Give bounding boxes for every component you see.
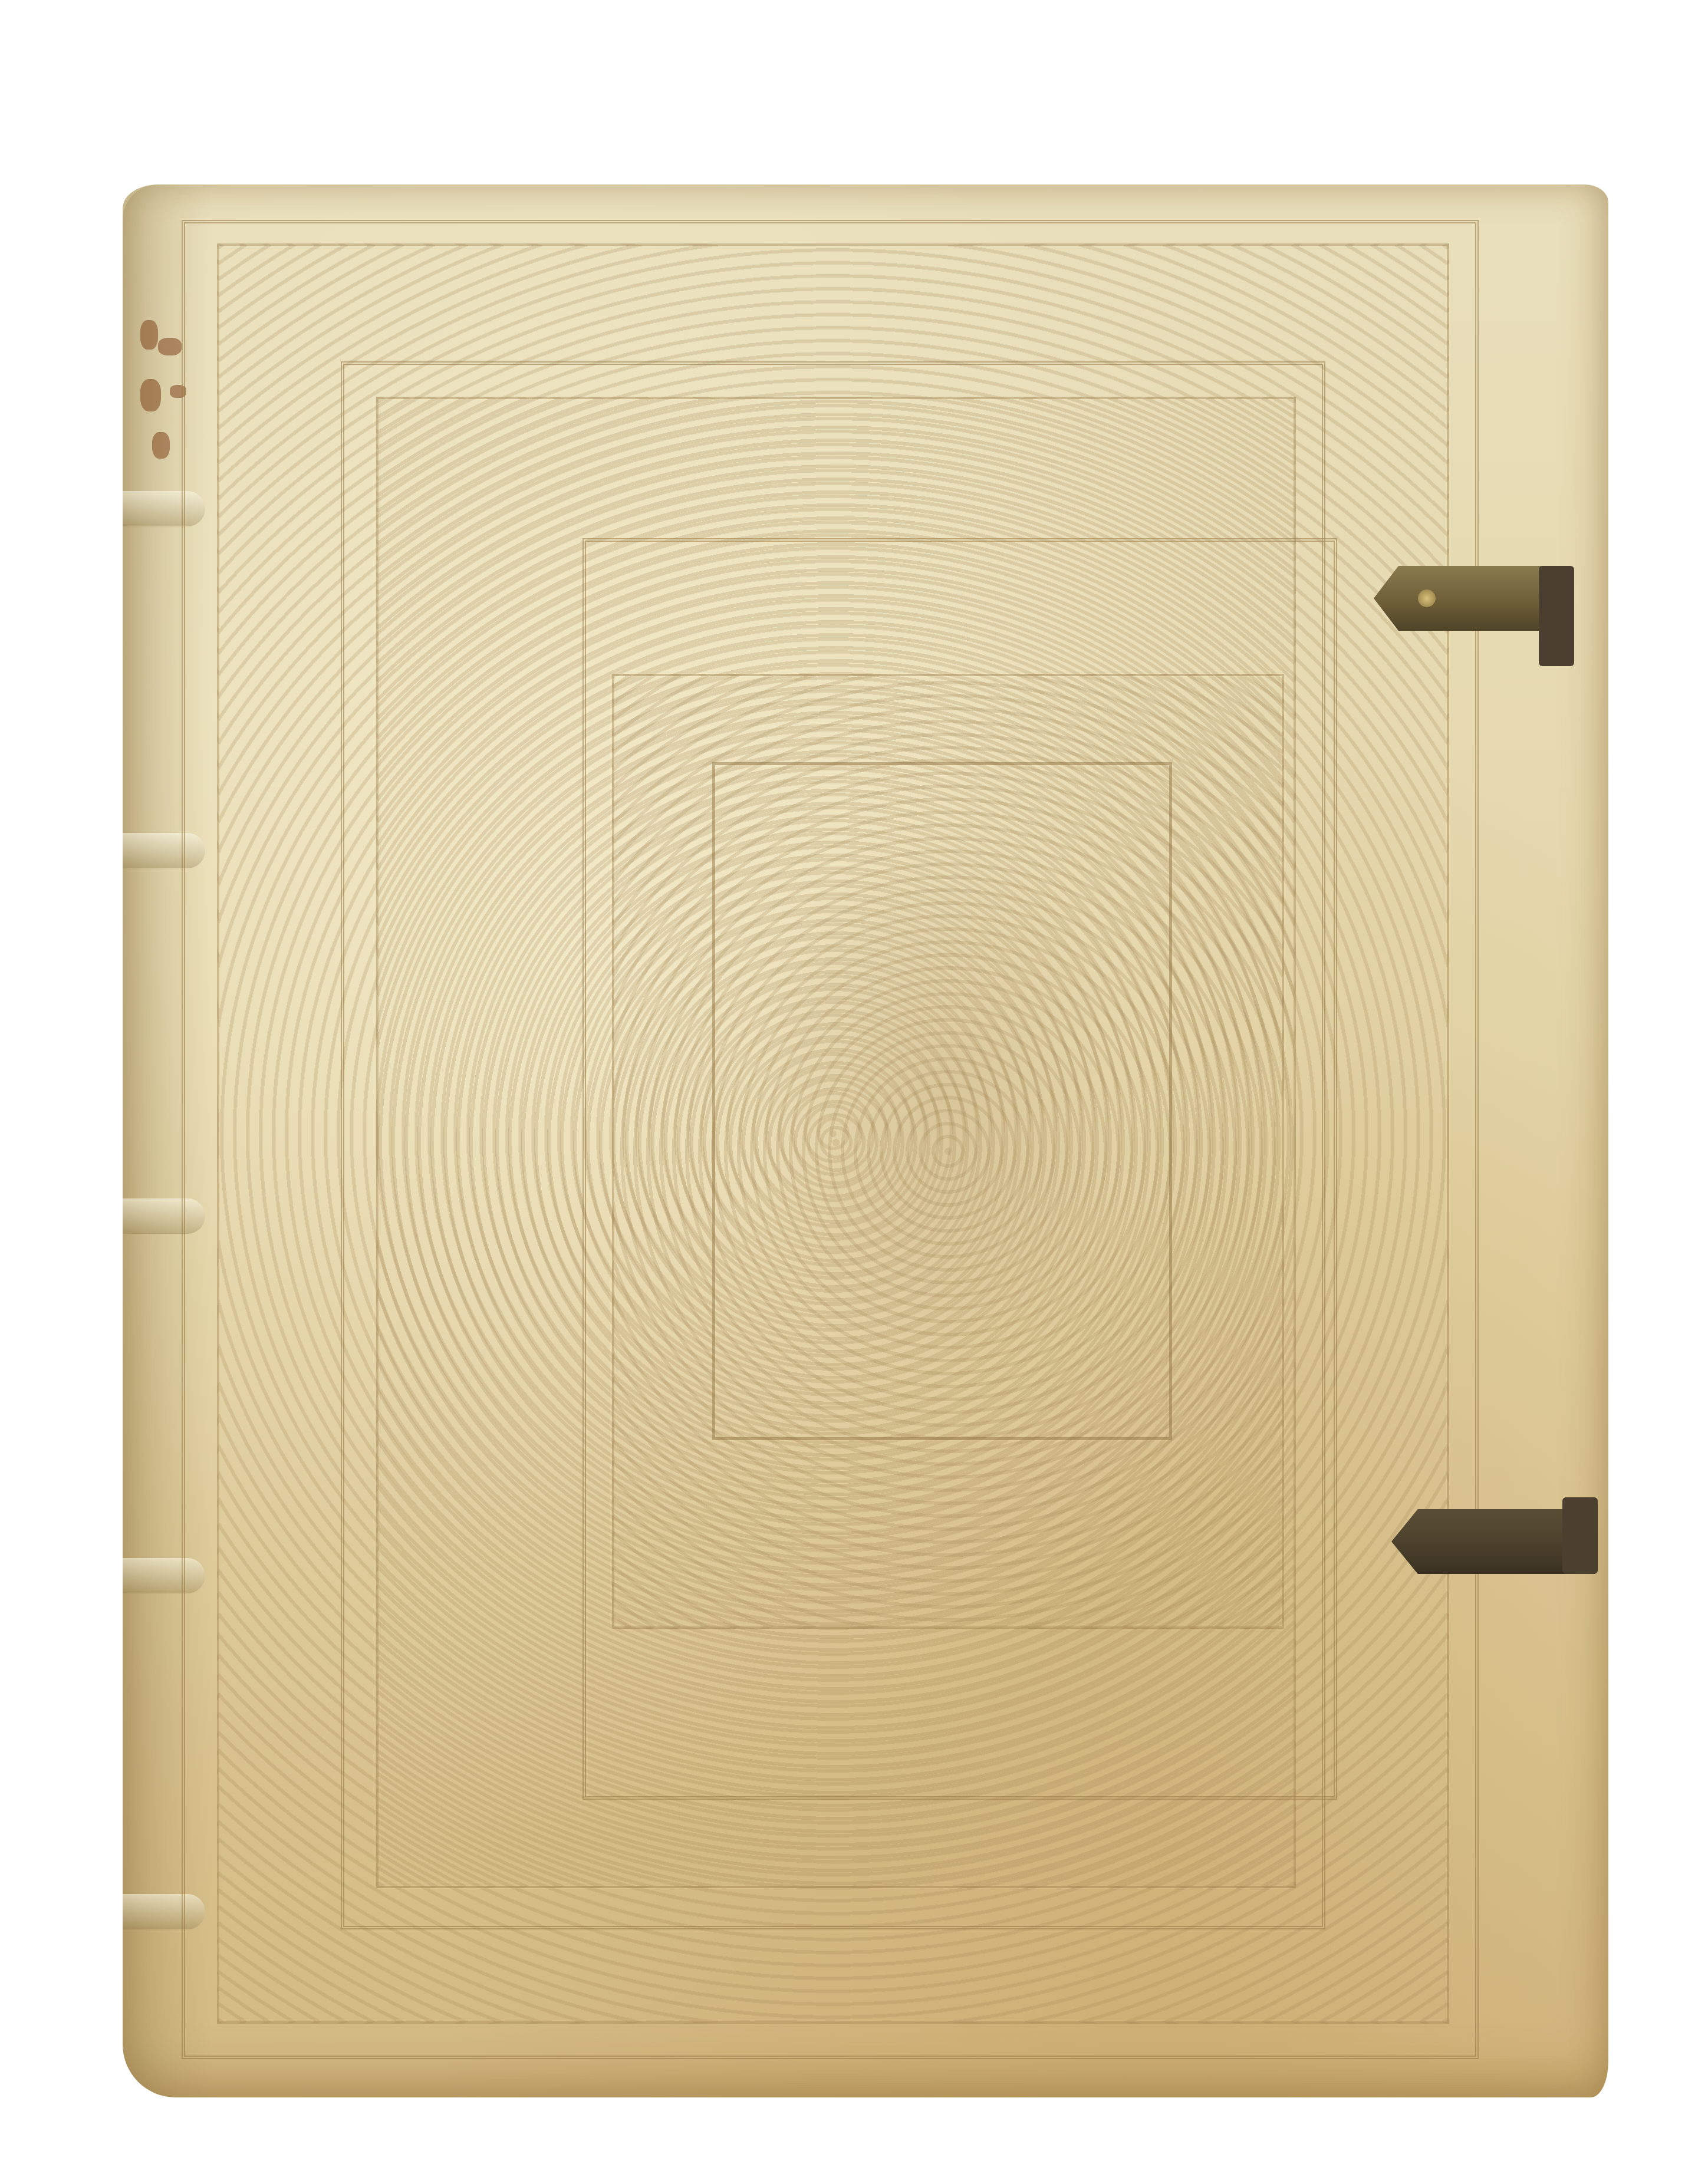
spine-ink-mark (140, 379, 161, 411)
spine-ink-mark (140, 320, 158, 350)
spine-ink-mark (158, 338, 182, 355)
lower-clasp-hook (1562, 1497, 1598, 1574)
spine-ink-mark (152, 432, 170, 459)
book-cover (123, 185, 1608, 2097)
upper-clasp-hook (1539, 566, 1574, 666)
clasp-rivet (1418, 589, 1436, 607)
central-panel (712, 762, 1172, 1440)
upper-clasp (1374, 566, 1551, 631)
lower-clasp (1391, 1509, 1580, 1574)
